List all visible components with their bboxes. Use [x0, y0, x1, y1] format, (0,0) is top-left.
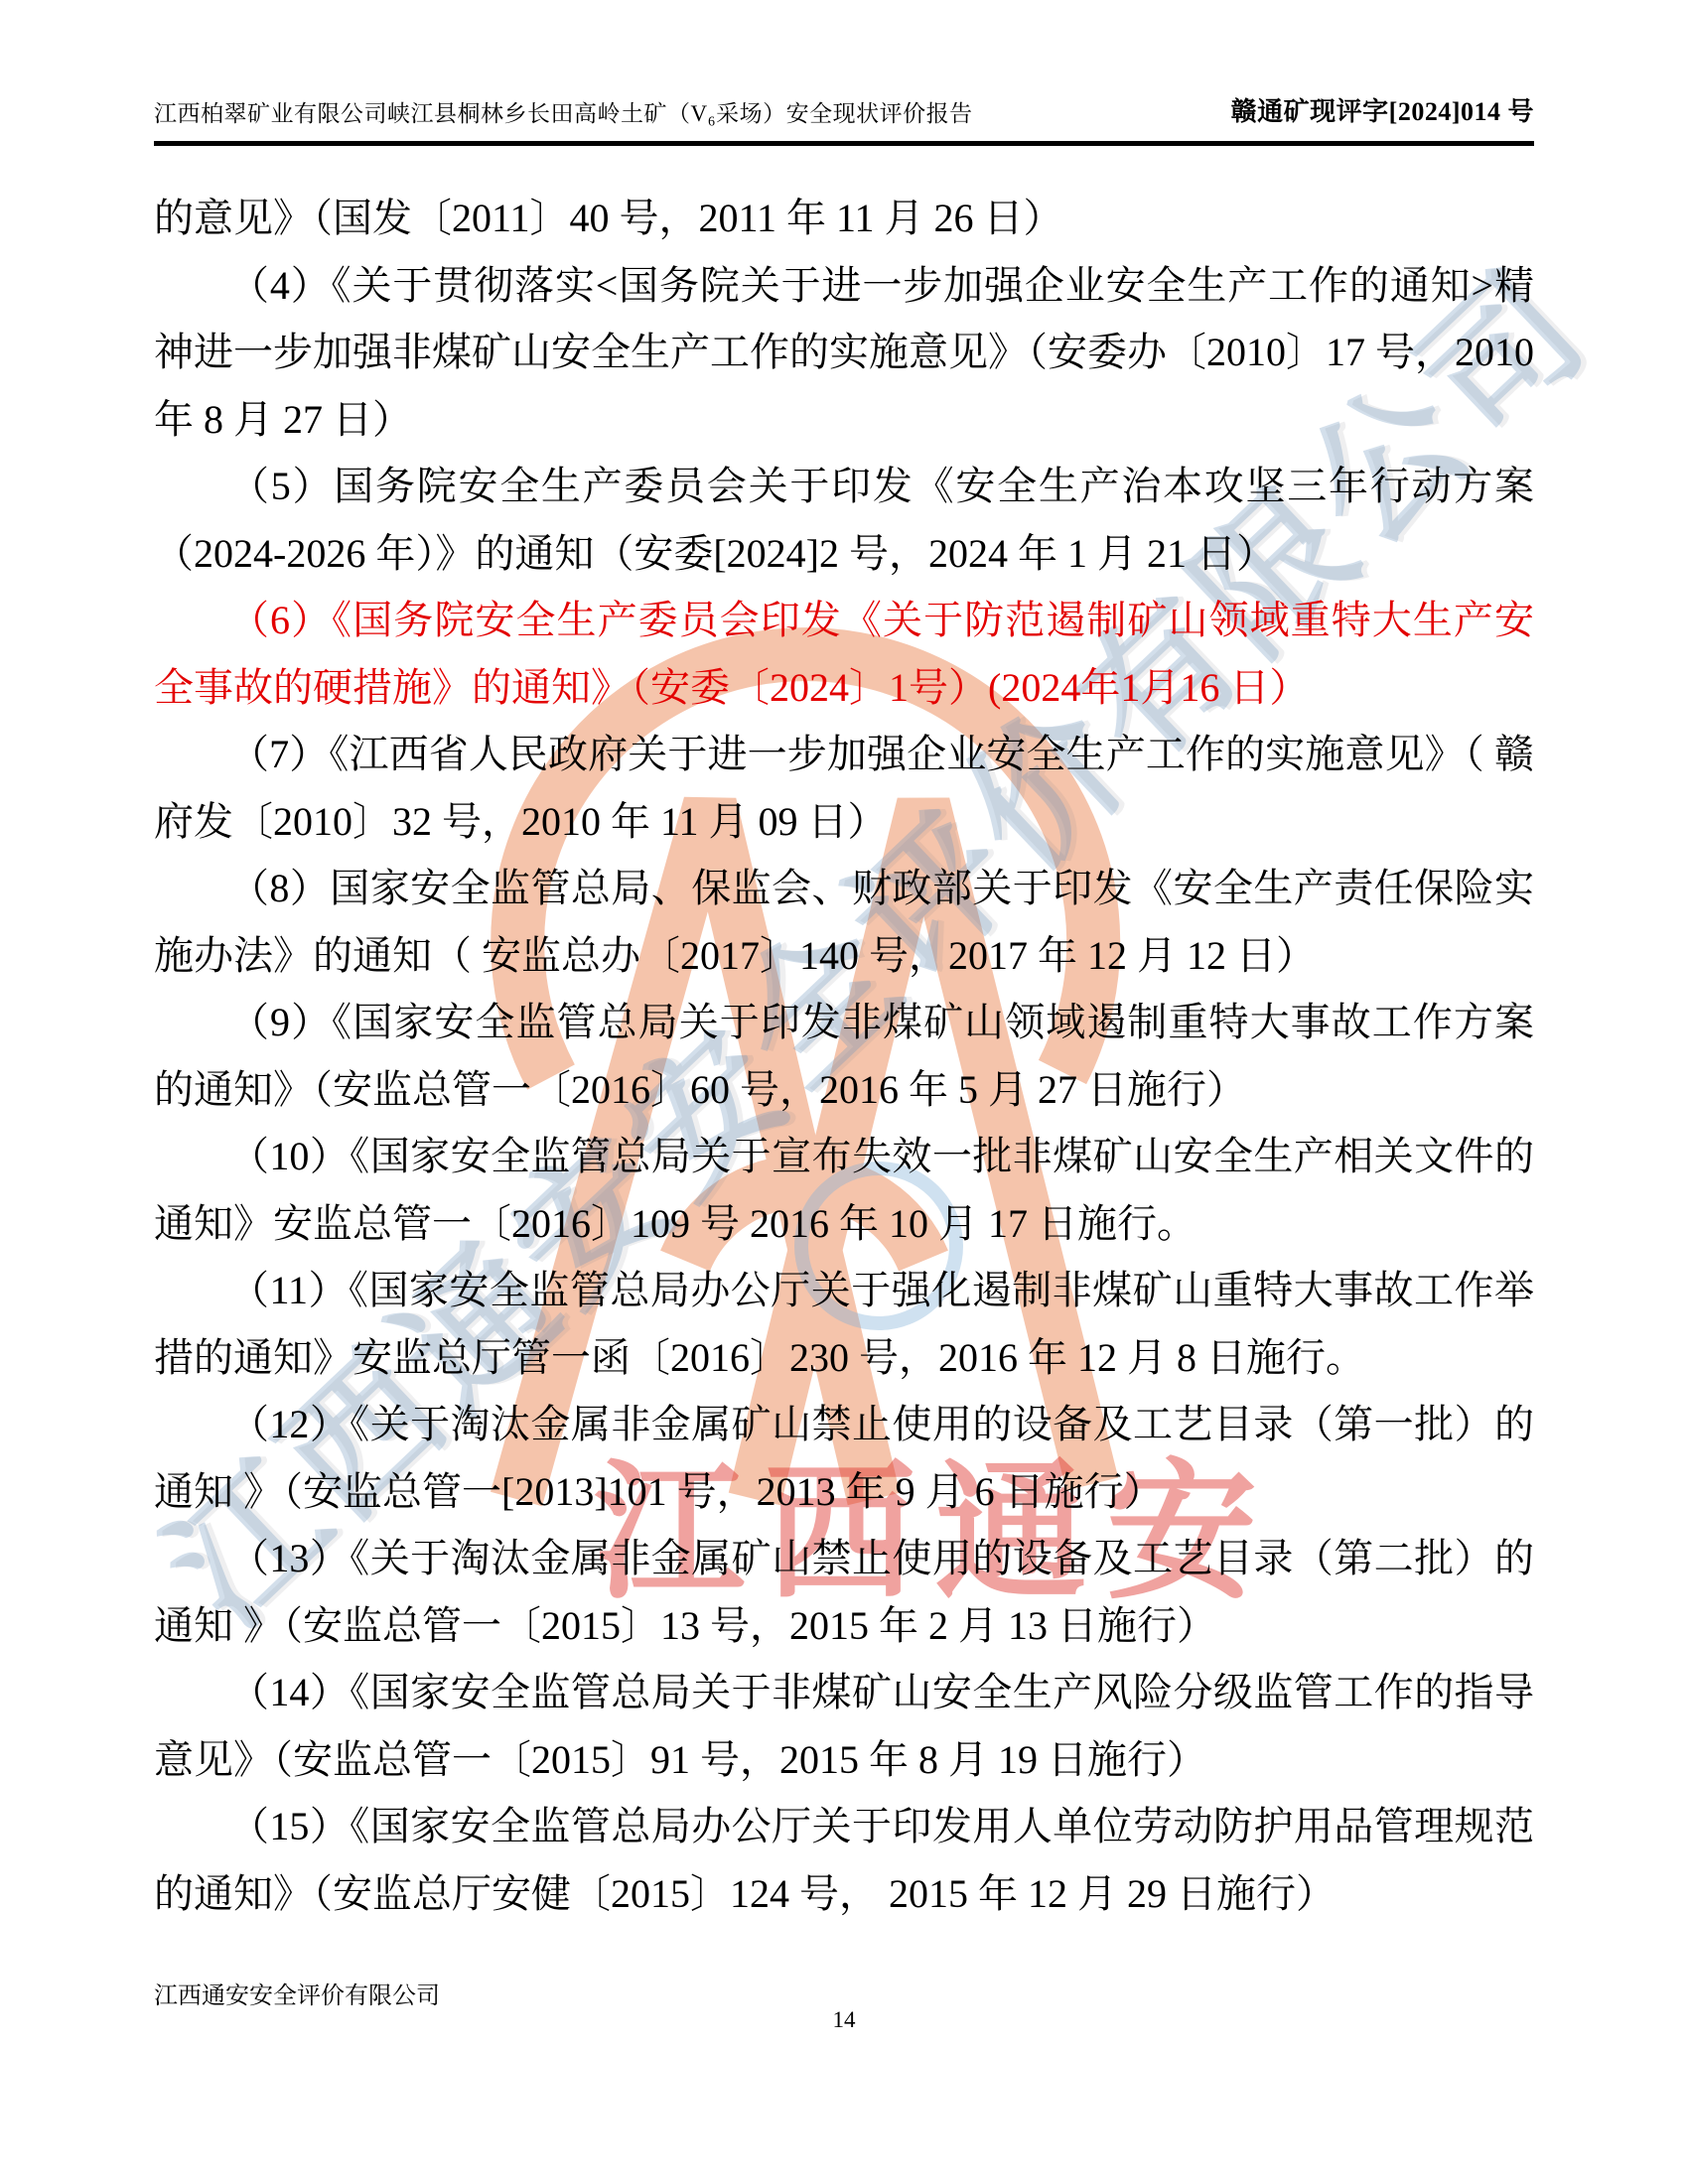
paragraph: 的意见》（国发〔2011〕40 号，2011 年 11 月 26 日）: [154, 185, 1534, 252]
paragraph: （6）《国务院安全生产委员会印发《关于防范遏制矿山领域重特大生产安全事故的硬措施…: [154, 587, 1534, 721]
paragraph: （14）《国家安全监管总局关于非煤矿山安全生产风险分级监管工作的指导意见》（安监…: [154, 1659, 1534, 1793]
paragraph: （4）《关于贯彻落实<国务院关于进一步加强企业安全生产工作的通知>精神进一步加强…: [154, 252, 1534, 454]
paragraph: （12）《关于淘汰金属非金属矿山禁止使用的设备及工艺目录（第一批）的通知 》（安…: [154, 1391, 1534, 1525]
header-rule: [154, 141, 1534, 146]
paragraph: （9）《国家安全监管总局关于印发非煤矿山领域遏制重特大事故工作方案的通知》（安监…: [154, 989, 1534, 1123]
document-page: 江西通安安全评价有限公司 江西通安 江西柏翠矿业有限公司峡江县桐林乡长田高岭土矿…: [0, 0, 1688, 2184]
paragraph: （8）国家安全监管总局、保监会、财政部关于印发《安全生产责任保险实施办法》的通知…: [154, 855, 1534, 989]
header-report-title: 江西柏翠矿业有限公司峡江县桐林乡长田高岭土矿（V₆采场）安全现状评价报告: [154, 95, 973, 128]
paragraph: （5）国务院安全生产委员会关于印发《安全生产治本攻坚三年行动方案（2024-20…: [154, 453, 1534, 587]
paragraph: （10）《国家安全监管总局关于宣布失效一批非煤矿山安全生产相关文件的通知》安监总…: [154, 1123, 1534, 1257]
paragraph: （13）《关于淘汰金属非金属矿山禁止使用的设备及工艺目录（第二批）的通知 》（安…: [154, 1525, 1534, 1659]
paragraph: （7）《江西省人民政府关于进一步加强企业安全生产工作的实施意见》（ 赣府发〔20…: [154, 721, 1534, 855]
header-doc-number: 赣通矿现评字[2024]014 号: [1231, 91, 1534, 128]
page-header: 江西柏翠矿业有限公司峡江县桐林乡长田高岭土矿（V₆采场）安全现状评价报告 赣通矿…: [154, 91, 1534, 128]
body-text: 的意见》（国发〔2011〕40 号，2011 年 11 月 26 日）（4）《关…: [154, 185, 1534, 1927]
paragraph: （11）《国家安全监管总局办公厅关于强化遏制非煤矿山重特大事故工作举措的通知》安…: [154, 1257, 1534, 1391]
page-number: 14: [0, 2007, 1688, 2033]
footer-company-name: 江西通安安全评价有限公司: [154, 1976, 440, 2010]
paragraph: （15）《国家安全监管总局办公厅关于印发用人单位劳动防护用品管理规范的通知》（安…: [154, 1793, 1534, 1927]
